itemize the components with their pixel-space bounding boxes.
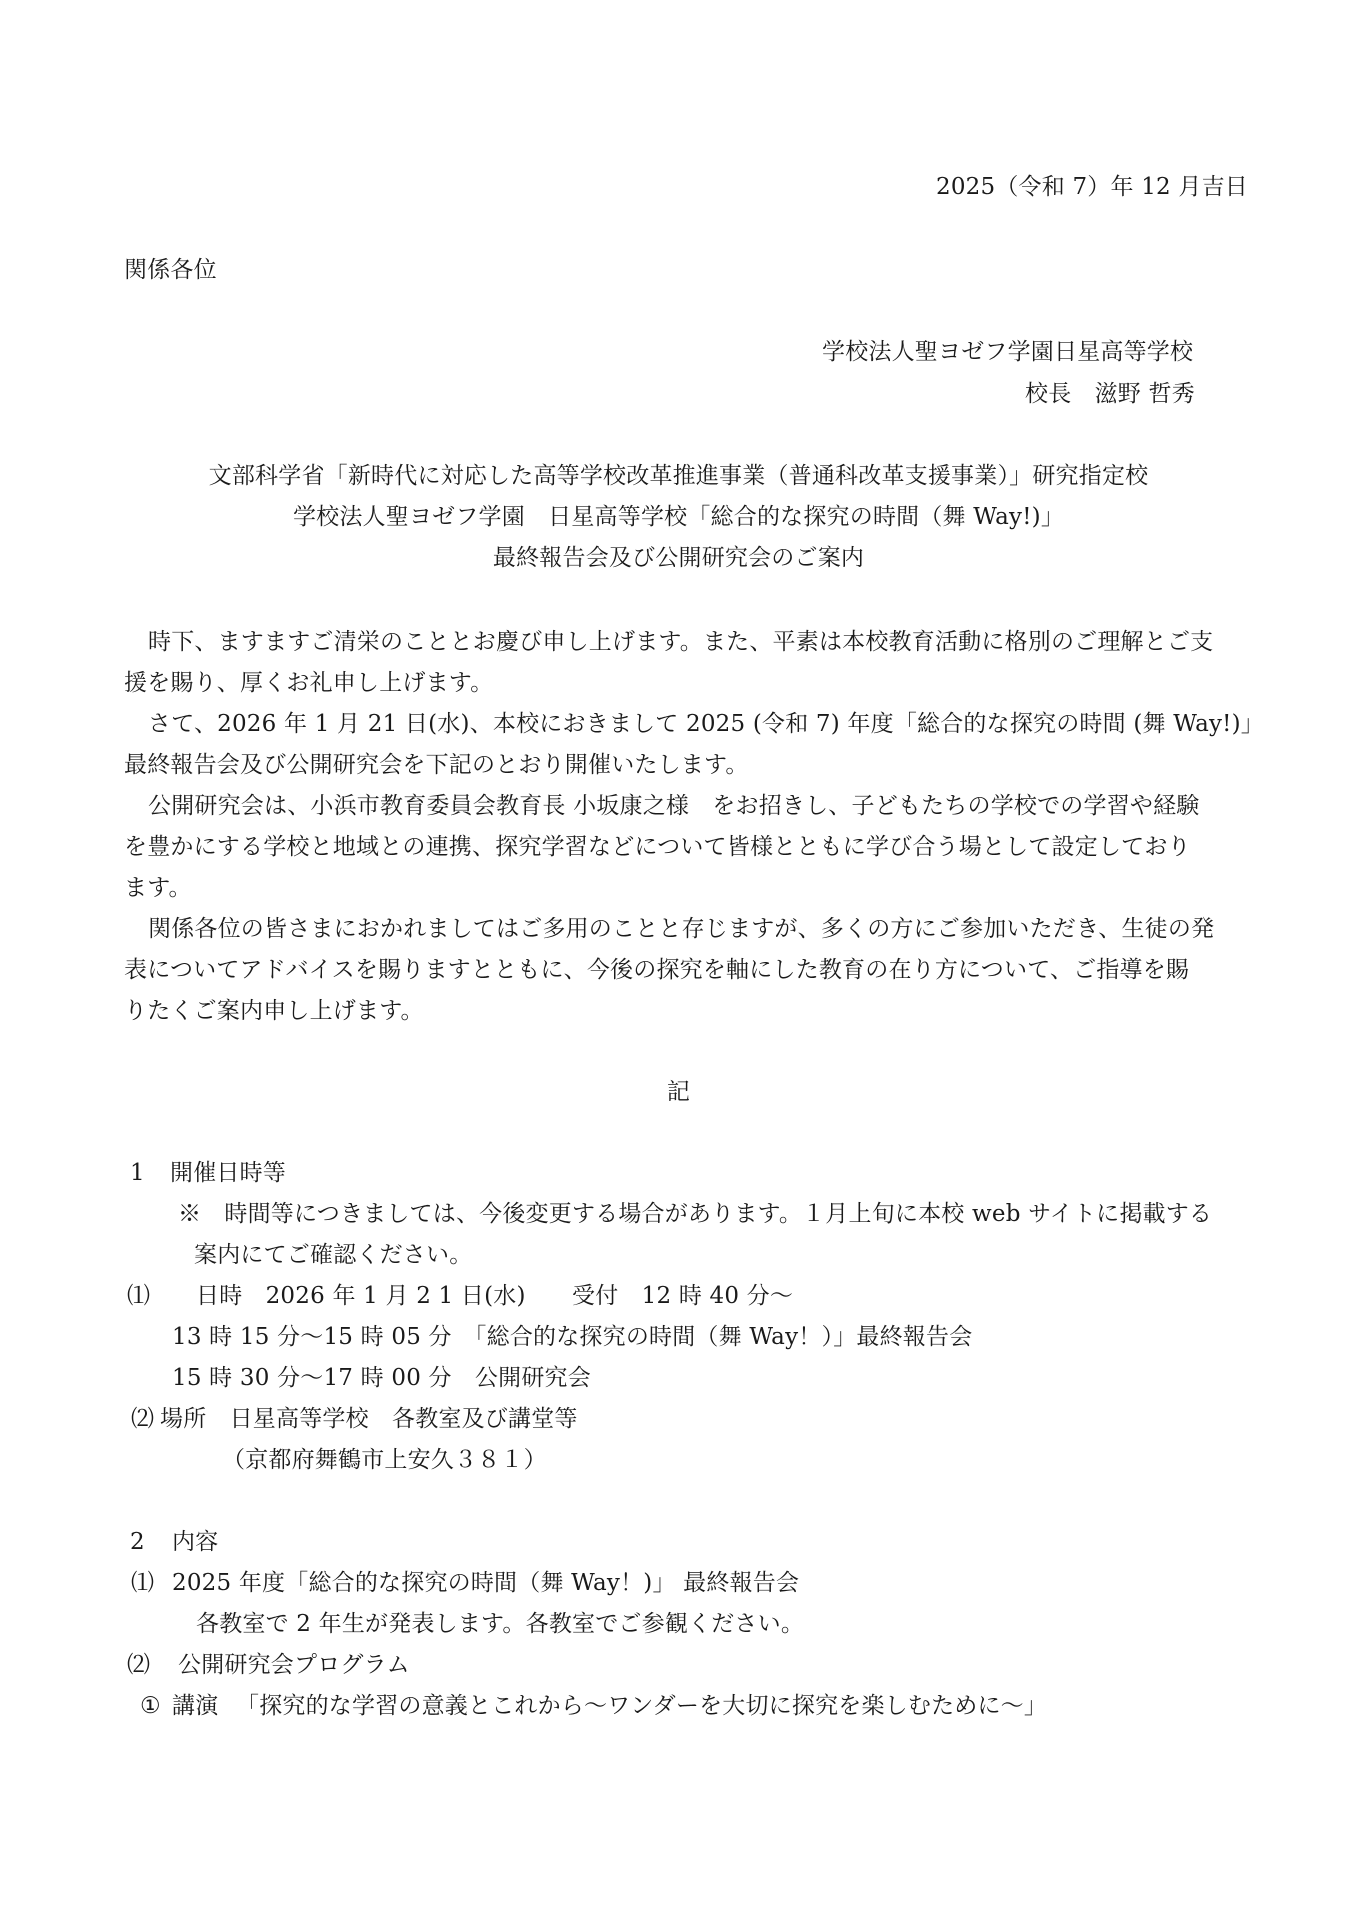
section2-number: 2 — [130, 1527, 145, 1557]
section1-item1-research-time: 15 時 30 分～17 時 00 分 公開研究会 — [172, 1363, 591, 1393]
ki-marker: 記 — [0, 1077, 1357, 1107]
section2-sub1-lecture-title: 「探究的な学習の意義とこれから～ワンダーを大切に探究を楽しむために～」 — [236, 1691, 1047, 1721]
section2-item1-title: 2025 年度「総合的な探究の時間（舞 Way！)」 最終報告会 — [172, 1568, 799, 1598]
section1-number: 1 — [130, 1158, 145, 1188]
section1-heading: 開催日時等 — [170, 1158, 286, 1188]
section2-heading: 内容 — [172, 1527, 218, 1557]
body-p3-line3: ます。 — [124, 873, 192, 903]
body-p1-line2: 援を賜り、厚くお礼申し上げます。 — [124, 668, 493, 698]
section2-item2-title: 公開研究会プログラム — [178, 1650, 410, 1680]
title-line-2: 学校法人聖ヨゼフ学園 日星高等学校「総合的な探究の時間（舞 Way!)」 — [0, 502, 1357, 532]
title-line-1: 文部科学省「新時代に対応した高等学校改革推進事業（普通科改革支援事業）」研究指定… — [0, 461, 1357, 491]
section1-item2-address: （京都府舞鶴市上安久３８１） — [222, 1445, 547, 1475]
document-page: 2025（令和 7）年 12 月吉日 関係各位 学校法人聖ヨゼフ学園日星高等学校… — [0, 0, 1357, 1920]
body-p2-line1: さて、2026 年 1 月 21 日(水)、本校におきまして 2025 (令和 … — [148, 709, 1264, 739]
body-p3-line1: 公開研究会は、小浜市教育委員会教育長 小坂康之様 をお招きし、子どもたちの学校で… — [148, 791, 1200, 821]
section1-item1-datetime: 日時 2026 年 1 月 2 1 日(水) 受付 12 時 40 分～ — [196, 1281, 793, 1311]
section1-item1-number: ⑴ — [127, 1281, 150, 1311]
body-p1-line1: 時下、ますますご清栄のこととお慶び申し上げます。また、平素は本校教育活動に格別の… — [148, 627, 1213, 657]
section2-sub1-number: ① — [140, 1691, 161, 1721]
sender-organization: 学校法人聖ヨゼフ学園日星高等学校 — [822, 337, 1193, 367]
title-line-3: 最終報告会及び公開研究会のご案内 — [0, 543, 1357, 573]
section2-item1-desc: 各教室で 2 年生が発表します。各教室でご参観ください。 — [196, 1609, 804, 1639]
sender-principal: 校長 滋野 哲秀 — [1025, 379, 1195, 409]
body-p3-line2: を豊かにする学校と地域との連携、探究学習などについて皆様とともに学び合う場として… — [124, 832, 1191, 862]
section2-item2-number: ⑵ — [127, 1650, 150, 1680]
section1-item2-location: 場所 日星高等学校 各教室及び講堂等 — [160, 1404, 578, 1434]
section1-item1-report-time: 13 時 15 分～15 時 05 分 「総合的な探究の時間（舞 Way！）」最… — [172, 1322, 972, 1352]
body-p4-line1: 関係各位の皆さまにおかれましてはご多用のことと存じますが、多くの方にご参加いただ… — [148, 914, 1214, 944]
addressee: 関係各位 — [124, 255, 217, 285]
body-p4-line2: 表についてアドバイスを賜りますとともに、今後の探究を軸にした教育の在り方について… — [124, 955, 1189, 985]
body-p4-line3: りたくご案内申し上げます。 — [124, 996, 424, 1026]
section1-note-line1: ※ 時間等につきましては、今後変更する場合があります。１月上旬に本校 web サ… — [178, 1199, 1212, 1229]
body-p2-line2: 最終報告会及び公開研究会を下記のとおり開催いたします。 — [124, 750, 749, 780]
section2-sub1-label: 講演 — [172, 1691, 218, 1721]
section1-note-line2: 案内にてご確認ください。 — [194, 1240, 472, 1270]
document-date: 2025（令和 7）年 12 月吉日 — [936, 172, 1248, 202]
section2-item1-number: ⑴ — [131, 1568, 154, 1598]
section1-item2-number: ⑵ — [131, 1404, 154, 1434]
